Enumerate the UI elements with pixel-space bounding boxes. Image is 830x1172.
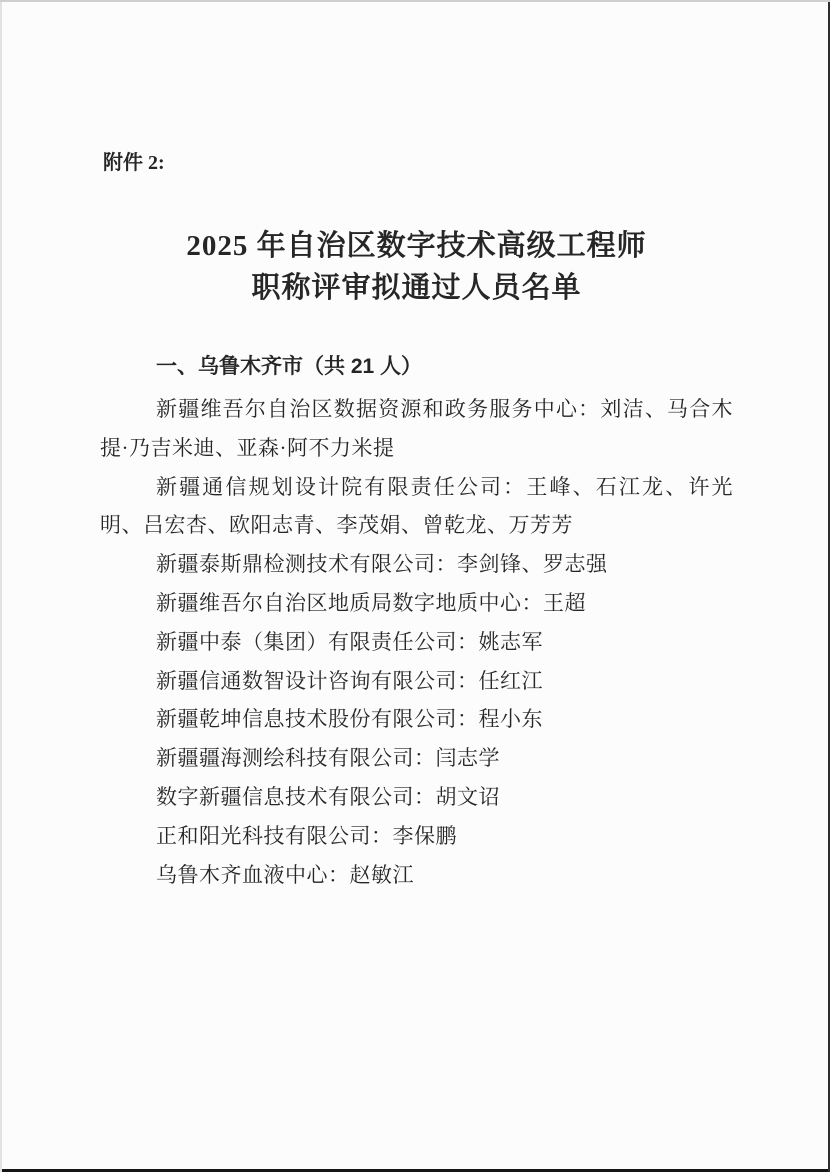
attachment-label: 附件 2:: [103, 150, 733, 176]
document-content: 附件 2: 2025 年自治区数字技术高级工程师 职称评审拟通过人员名单 一、乌…: [0, 0, 830, 894]
document-page: 附件 2: 2025 年自治区数字技术高级工程师 职称评审拟通过人员名单 一、乌…: [0, 0, 830, 1172]
document-title: 2025 年自治区数字技术高级工程师 职称评审拟通过人员名单: [100, 225, 733, 309]
list-entry: 新疆维吾尔自治区地质局数字地质中心：王超: [100, 584, 733, 623]
list-entry: 新疆泰斯鼎检测技术有限公司：李剑锋、罗志强: [100, 545, 733, 584]
entries-list: 新疆维吾尔自治区数据资源和政务服务中心：刘洁、马合木提·乃吉米迪、亚森·阿不力米…: [100, 390, 733, 894]
document-title-line-1: 2025 年自治区数字技术高级工程师: [100, 225, 733, 267]
list-entry: 新疆乾坤信息技术股份有限公司：程小东: [100, 700, 733, 739]
list-entry: 新疆维吾尔自治区数据资源和政务服务中心：刘洁、马合木提·乃吉米迪、亚森·阿不力米…: [100, 390, 733, 468]
list-entry: 新疆通信规划设计院有限责任公司：王峰、石江龙、许光明、吕宏杏、欧阳志青、李茂娟、…: [100, 468, 733, 546]
list-entry: 新疆中泰（集团）有限责任公司：姚志军: [100, 623, 733, 662]
list-entry: 数字新疆信息技术有限公司：胡文诏: [100, 778, 733, 817]
list-entry: 正和阳光科技有限公司：李保鹏: [100, 817, 733, 856]
section-heading-urumqi: 一、乌鲁木齐市（共 21 人）: [100, 352, 733, 382]
document-title-line-2: 职称评审拟通过人员名单: [100, 267, 733, 309]
list-entry: 新疆信通数智设计咨询有限公司：任红江: [100, 662, 733, 701]
list-entry: 新疆疆海测绘科技有限公司：闫志学: [100, 739, 733, 778]
list-entry: 乌鲁木齐血液中心：赵敏江: [100, 856, 733, 895]
